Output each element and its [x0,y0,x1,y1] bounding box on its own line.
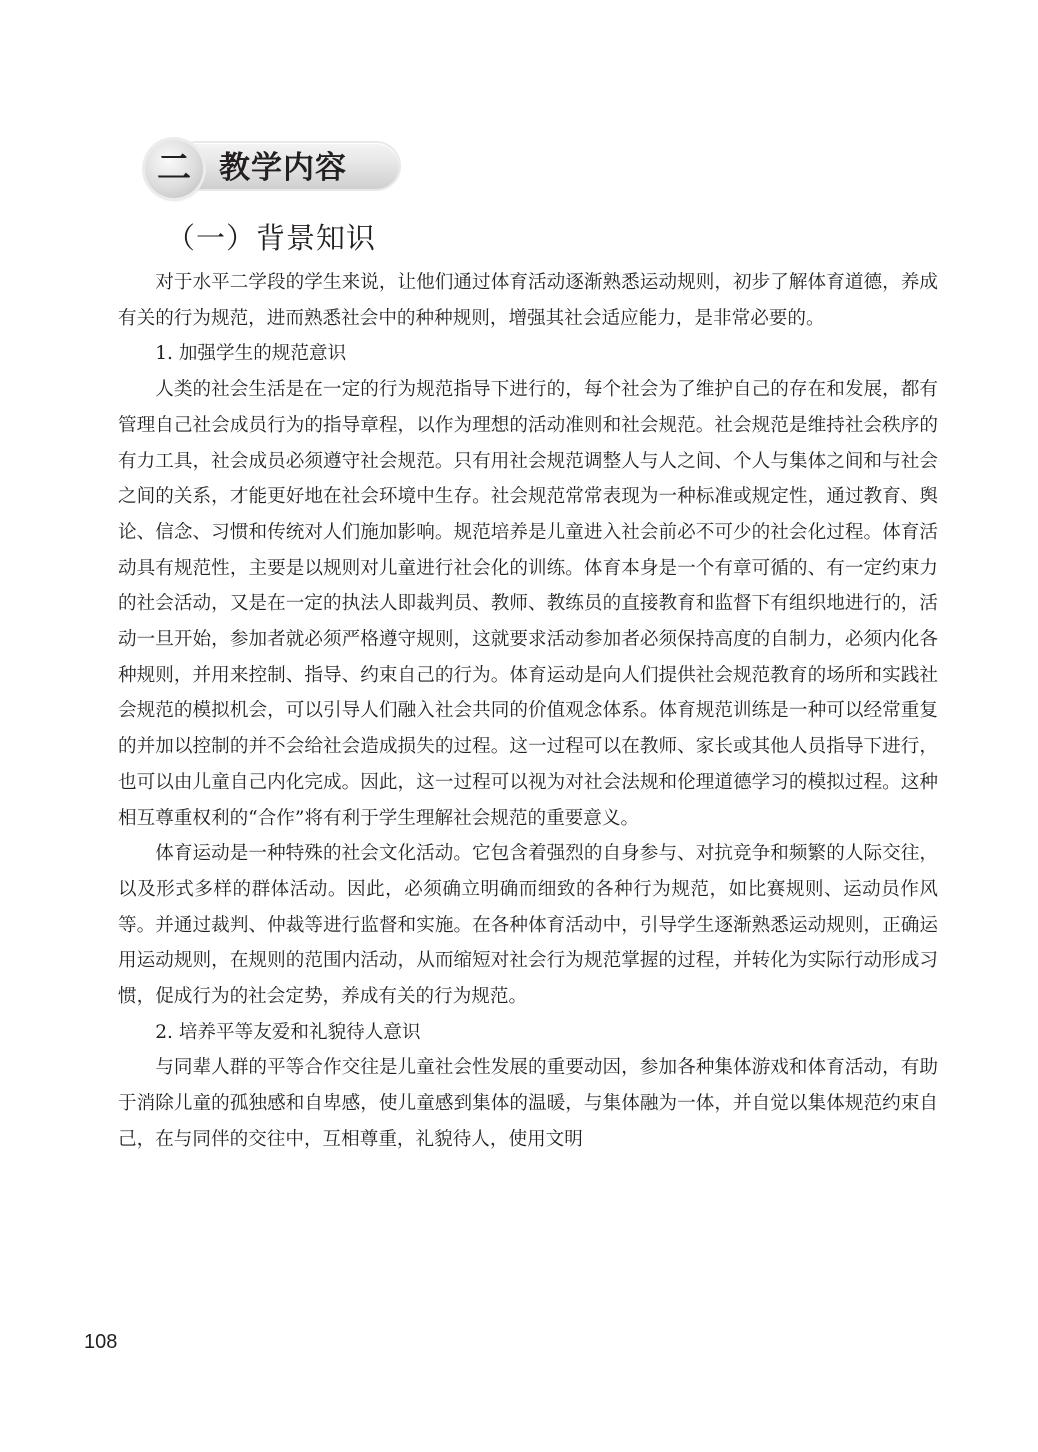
section-number: 二 [157,151,191,185]
section-header: 二 教学内容 [143,140,401,194]
paragraph: 对于水平二学段的学生来说，让他们通过体育活动逐渐熟悉运动规则，初步了解体育道德，… [118,265,938,336]
page-number: 108 [84,1331,117,1354]
paragraph: 人类的社会生活是在一定的行为规范指导下进行的，每个社会为了维护自己的存在和发展，… [118,372,938,836]
body-text: 对于水平二学段的学生来说，让他们通过体育活动逐渐熟悉运动规则，初步了解体育道德，… [118,265,938,1158]
paragraph: 与同辈人群的平等合作交往是儿童社会性发展的重要动因，参加各种集体游戏和体育活动，… [118,1050,938,1157]
section-title: 教学内容 [219,146,347,190]
subsection-title: （一）背景知识 [166,218,376,258]
section-number-badge: 二 [145,140,203,198]
numbered-heading: 1. 加强学生的规范意识 [118,336,938,372]
numbered-heading: 2. 培养平等友爱和礼貌待人意识 [118,1015,938,1051]
paragraph: 体育运动是一种特殊的社会文化活动。它包含着强烈的自身参与、对抗竞争和频繁的人际交… [118,836,938,1015]
